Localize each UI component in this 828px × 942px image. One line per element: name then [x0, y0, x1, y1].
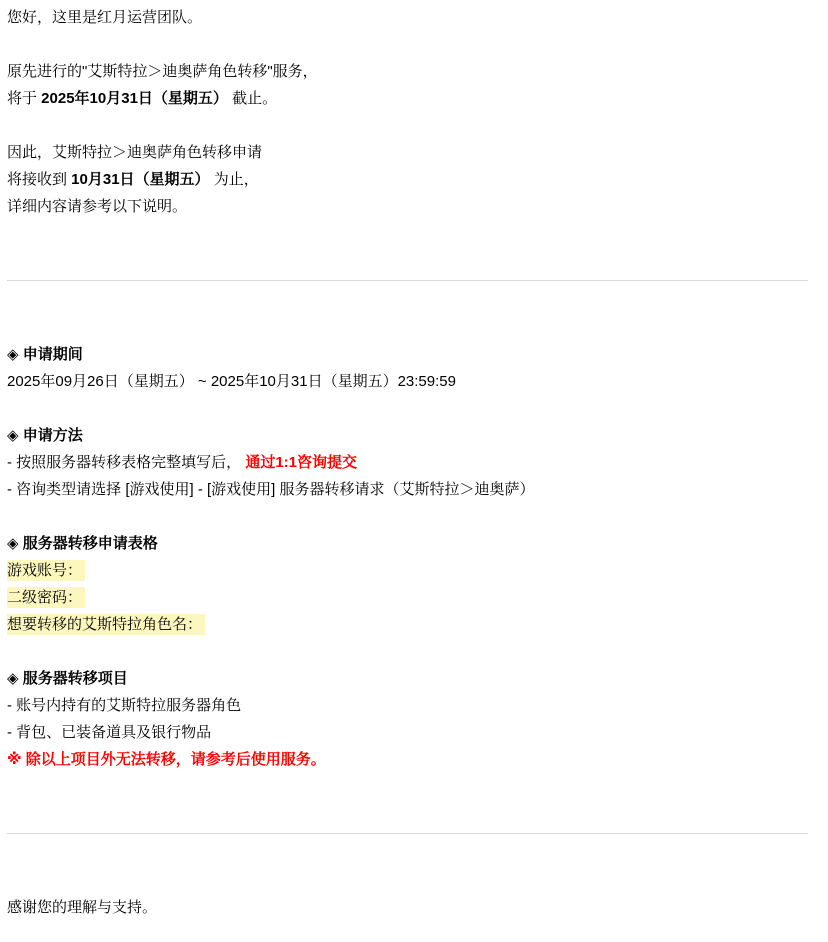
- paragraph: ◈ 服务器转移申请表格游戏账号：二级密码：想要转移的艾斯特拉角色名：: [7, 530, 815, 638]
- paragraph-spacer: [7, 112, 815, 139]
- horizontal-divider: [7, 280, 808, 281]
- text-line: 原先进行的"艾斯特拉＞迪奥萨角色转移"服务，: [7, 58, 815, 85]
- text-line: - 咨询类型请选择 [游戏使用] - [游戏使用] 服务器转移请求（艾斯特拉＞迪…: [7, 476, 815, 503]
- text-run: 为止，: [210, 171, 259, 188]
- text-line: - 账号内持有的艾斯特拉服务器角色: [7, 692, 815, 719]
- paragraph: 原先进行的"艾斯特拉＞迪奥萨角色转移"服务，将于 2025年10月31日（星期五…: [7, 58, 815, 112]
- paragraph: ◈ 服务器转移项目- 账号内持有的艾斯特拉服务器角色- 背包、已装备道具及银行物…: [7, 665, 815, 773]
- paragraph: 感谢您的理解与支持。: [7, 894, 815, 921]
- deadline-date: 10月31日（星期五）: [71, 171, 209, 188]
- paragraph-spacer: [7, 395, 815, 422]
- section-heading-transfer-items: ◈ 服务器转移项目: [7, 670, 128, 687]
- text-run: 详细内容请参考以下说明。: [7, 198, 187, 215]
- text-line: 2025年09月26日（星期五） ~ 2025年10月31日（星期五）23:59…: [7, 368, 815, 395]
- text-line: 详细内容请参考以下说明。: [7, 193, 815, 220]
- text-run: 因此，艾斯特拉＞迪奥萨角色转移申请: [7, 144, 262, 161]
- form-field-character-name: 想要转移的艾斯特拉角色名：: [7, 614, 205, 635]
- text-run: - 咨询类型请选择 [游戏使用] - [游戏使用] 服务器转移请求（艾斯特拉＞迪…: [7, 481, 535, 498]
- text-line: ◈ 申请期间: [7, 341, 815, 368]
- section-heading-application-method: ◈ 申请方法: [7, 427, 83, 444]
- paragraph: ◈ 申请方法- 按照服务器转移表格完整填写后， 通过1:1咨询提交- 咨询类型请…: [7, 422, 815, 503]
- paragraph: 因此，艾斯特拉＞迪奥萨角色转移申请将接收到 10月31日（星期五） 为止，详细内…: [7, 139, 815, 220]
- paragraph: ◈ 申请期间2025年09月26日（星期五） ~ 2025年10月31日（星期五…: [7, 341, 815, 395]
- section-heading-transfer-form: ◈ 服务器转移申请表格: [7, 535, 158, 552]
- closing-thanks-text: 感谢您的理解与支持。: [7, 899, 157, 916]
- text-line: ◈ 服务器转移项目: [7, 665, 815, 692]
- notice-document: 您好，这里是红月运营团队。原先进行的"艾斯特拉＞迪奥萨角色转移"服务，将于 20…: [0, 0, 828, 921]
- text-run: 原先进行的"艾斯特拉＞迪奥萨角色转移"服务，: [7, 63, 318, 80]
- text-run: - 背包、已装备道具及银行物品: [7, 724, 211, 741]
- text-line: ◈ 申请方法: [7, 422, 815, 449]
- red-emphasis-transfer-restriction: ※ 除以上项目外无法转移，请参考后使用服务。: [7, 751, 326, 768]
- form-field-game-account: 游戏账号：: [7, 560, 85, 581]
- paragraph-spacer: [7, 503, 815, 530]
- text-run: 将于: [7, 90, 41, 107]
- text-run: - 账号内持有的艾斯特拉服务器角色: [7, 697, 241, 714]
- paragraph-spacer: [7, 638, 815, 665]
- text-line: 将于 2025年10月31日（星期五） 截止。: [7, 85, 815, 112]
- greeting-text: 您好，这里是红月运营团队。: [7, 9, 202, 26]
- text-line: 想要转移的艾斯特拉角色名：: [7, 611, 815, 638]
- deadline-date: 2025年10月31日（星期五）: [41, 90, 228, 107]
- text-line: - 按照服务器转移表格完整填写后， 通过1:1咨询提交: [7, 449, 815, 476]
- red-emphasis-submit-via-inquiry: 通过1:1咨询提交: [245, 454, 357, 471]
- paragraph: 您好，这里是红月运营团队。: [7, 4, 815, 31]
- text-line: 将接收到 10月31日（星期五） 为止，: [7, 166, 815, 193]
- section-heading-application-period: ◈ 申请期间: [7, 346, 83, 363]
- text-line: 您好，这里是红月运营团队。: [7, 4, 815, 31]
- text-run: 截止。: [228, 90, 277, 107]
- text-line: ※ 除以上项目外无法转移，请参考后使用服务。: [7, 746, 815, 773]
- form-field-secondary-password: 二级密码：: [7, 587, 85, 608]
- paragraph-spacer: [7, 31, 815, 58]
- text-line: 因此，艾斯特拉＞迪奥萨角色转移申请: [7, 139, 815, 166]
- text-run: - 按照服务器转移表格完整填写后，: [7, 454, 245, 471]
- horizontal-divider: [7, 833, 808, 834]
- text-line: 游戏账号：: [7, 557, 815, 584]
- text-line: 感谢您的理解与支持。: [7, 894, 815, 921]
- text-run: 将接收到: [7, 171, 71, 188]
- application-period-value: 2025年09月26日（星期五） ~ 2025年10月31日（星期五）23:59…: [7, 373, 456, 390]
- text-line: - 背包、已装备道具及银行物品: [7, 719, 815, 746]
- text-line: ◈ 服务器转移申请表格: [7, 530, 815, 557]
- text-line: 二级密码：: [7, 584, 815, 611]
